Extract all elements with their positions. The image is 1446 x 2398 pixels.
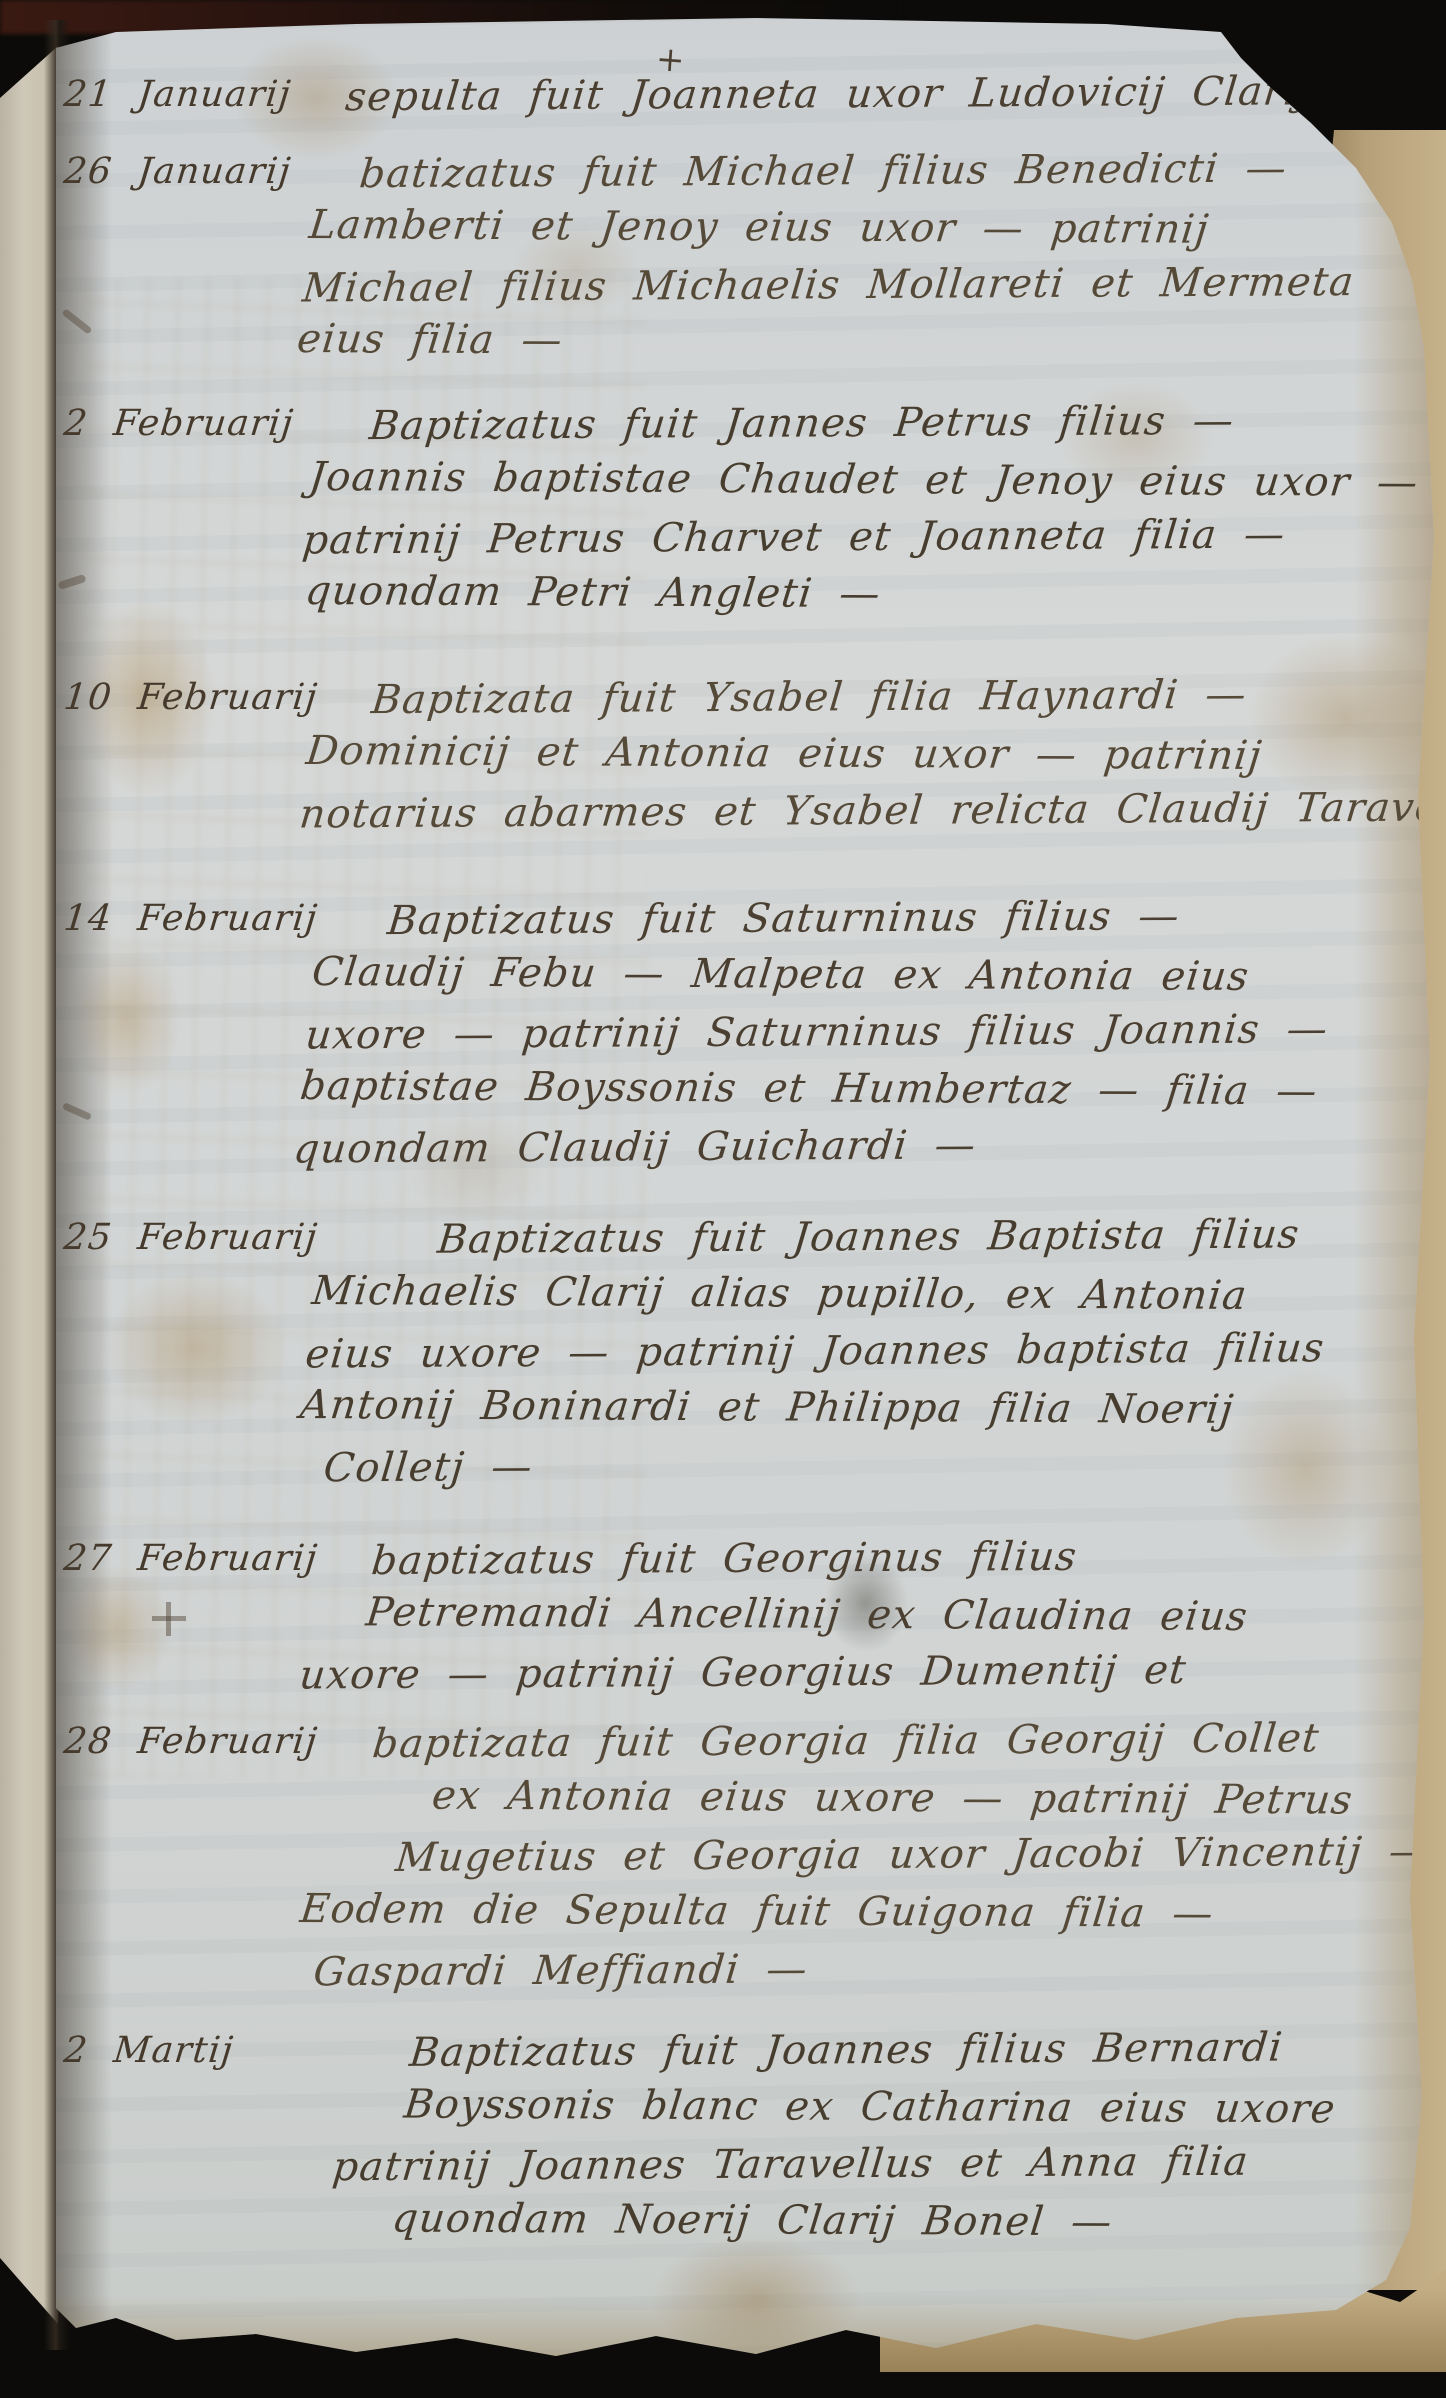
- register-line: patrinij Joannes Taravellus et Anna fili…: [300, 2133, 1446, 2197]
- register-entries: + 21 Januarij sepulta fuit Joanneta uxor…: [56, 18, 1446, 2250]
- register-entry: + 21 Januarij sepulta fuit Joanneta uxor…: [56, 66, 1446, 123]
- register-line: Claudij Febu — Malpeta ex Antonia eius: [309, 944, 1446, 1007]
- register-line: baptizata fuit Georgia filia Georgij Col…: [315, 1710, 1446, 1774]
- register-line: Lamberti et Jenoy eius uxor — patrinij: [306, 197, 1446, 260]
- register-entry: 26 Januarij batizatus fuit Michael filiu…: [56, 143, 1446, 371]
- register-line: batizatus fuit Michael filius Benedicti …: [312, 140, 1446, 204]
- register-line: uxore — patrinij Georgius Dumentij et: [297, 1641, 1446, 1705]
- register-line: Mugetius et Georgia uxor Jacobi Vincenti…: [303, 1824, 1446, 1888]
- entry-date: 2 Februarij: [61, 395, 297, 452]
- entry-date: 2 Martij: [61, 2022, 237, 2079]
- register-line: quondam Petri Angleti —: [294, 563, 1444, 626]
- entry-date: 27 Februarij: [61, 1530, 321, 1587]
- register-line: Baptizatus fuit Joannes filius Bernardi: [312, 2019, 1446, 2083]
- entry-date: 28 Februarij: [61, 1713, 321, 1770]
- manuscript-photo: + 21 Januarij sepulta fuit Joanneta uxor…: [0, 0, 1446, 2398]
- entry-date: 26 Januarij: [61, 143, 294, 200]
- register-line: Dominicij et Antonia eius uxor — patrini…: [303, 723, 1446, 786]
- entry-date: 14 Februarij: [61, 890, 321, 947]
- register-line: Baptizata fuit Ysabel filia Haynardi —: [309, 666, 1446, 730]
- register-line: Michaelis Clarij alias pupillo, ex Anton…: [309, 1263, 1446, 1326]
- register-line: Baptizatus fuit Saturninus filius —: [315, 887, 1446, 951]
- register-line: Antonij Boninardi et Philippa filia Noer…: [297, 1377, 1446, 1440]
- register-entry: 25 Februarij Baptizatus fuit Joannes Bap…: [56, 1209, 1446, 1494]
- register-entry: 2 Februarij Baptizatus fuit Jannes Petru…: [56, 395, 1446, 623]
- register-line: Baptizatus fuit Joannes Baptista filius: [315, 1206, 1446, 1270]
- register-entry: 14 Februarij Baptizatus fuit Saturninus …: [56, 890, 1446, 1175]
- register-line: quondam Claudij Guichardi —: [291, 1115, 1441, 1179]
- register-line: Eodem die Sepulta fuit Guigona filia —: [297, 1881, 1446, 1944]
- register-line: sepulta fuit Joanneta uxor Ludovicij Cla…: [303, 63, 1446, 127]
- register-line: Joannis baptistae Chaudet et Jenoy eius …: [306, 449, 1446, 512]
- register-line: patrinij Petrus Charvet et Joanneta fili…: [300, 506, 1446, 570]
- register-entry: 10 Februarij Baptizata fuit Ysabel filia…: [56, 669, 1446, 840]
- register-page: + 21 Januarij sepulta fuit Joanneta uxor…: [56, 18, 1446, 2366]
- register-line: quondam Noerij Clarij Bonel —: [294, 2190, 1444, 2253]
- register-line: eius uxore — patrinij Joannes baptista f…: [303, 1320, 1446, 1384]
- register-line: Michael filius Michaelis Mollareti et Me…: [300, 254, 1446, 318]
- register-line: Baptizatus fuit Jannes Petrus filius —: [312, 392, 1446, 456]
- register-line: notarius abarmes et Ysabel relicta Claud…: [297, 780, 1446, 844]
- register-line: ex Antonia eius uxore — patrinij Petrus: [309, 1767, 1446, 1830]
- register-line: Gaspardi Meffiandi —: [291, 1938, 1441, 2002]
- entry-date: 21 Januarij: [61, 66, 294, 123]
- register-line: baptistae Boyssonis et Humbertaz — filia…: [297, 1058, 1446, 1121]
- entry-date: 10 Februarij: [61, 669, 321, 726]
- register-line: Petremandi Ancellinij ex Claudina eius: [303, 1584, 1446, 1647]
- register-line: Colletj —: [291, 1434, 1441, 1498]
- register-line: Boyssonis blanc ex Catharina eius uxore: [306, 2076, 1446, 2139]
- entry-date: 25 Februarij: [61, 1209, 321, 1266]
- register-line: uxore — patrinij Saturninus filius Joann…: [303, 1001, 1446, 1065]
- register-entry: 2 Martij Baptizatus fuit Joannes filius …: [56, 2022, 1446, 2250]
- register-entry: 28 Februarij baptizata fuit Georgia fili…: [56, 1713, 1446, 1998]
- register-line: baptizatus fuit Georginus filius: [309, 1527, 1446, 1591]
- register-entry: 27 Februarij baptizatus fuit Georginus f…: [56, 1530, 1446, 1701]
- register-line: eius filia —: [294, 311, 1444, 374]
